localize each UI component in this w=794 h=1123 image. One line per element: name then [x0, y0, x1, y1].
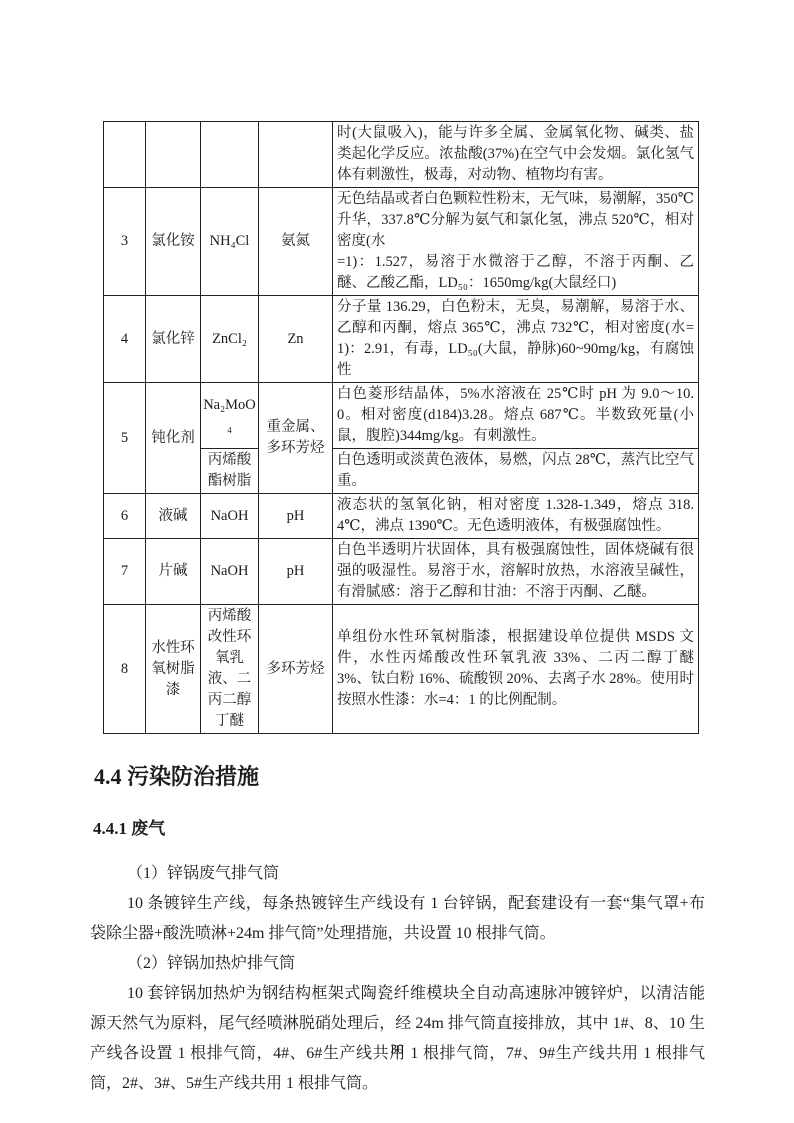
- paragraph-2-body: 10 套锌锅加热炉为钢结构框架式陶瓷纤维模块全自动高速脉冲镀锌炉，以清洁能源天然…: [90, 979, 705, 1099]
- cell-formula: 丙烯酸酯树脂: [201, 449, 259, 494]
- cell-formula: 丙烯酸改性环氧乳液、二丙二醇丁醚: [201, 605, 259, 734]
- table-row-4: 4 氯化锌 ZnCl₂ Zn 分子量 136.29，白色粉末，无臭，易潮解，易溶…: [104, 296, 699, 383]
- cell-pollutant: pH: [259, 539, 333, 605]
- cell-no-empty: [104, 122, 146, 188]
- paragraph-2-title: （2）锌锅加热炉排气筒: [90, 949, 705, 979]
- cell-no: 7: [104, 539, 146, 605]
- cell-no: 8: [104, 605, 146, 734]
- cell-pollutant: 氨氮: [259, 188, 333, 296]
- cell-name: 氯化铵: [146, 188, 201, 296]
- cell-description: 时(大鼠吸入)，能与许多全属、金属氧化物、碱类、盐类起化学反应。浓盐酸(37%)…: [333, 122, 699, 188]
- cell-name: 液碱: [146, 494, 201, 539]
- table-row-8: 8 水性环氧树脂漆 丙烯酸改性环氧乳液、二丙二醇丁醚 多环芳烃 单组份水性环氧树…: [104, 605, 699, 734]
- table-row-continuation: 时(大鼠吸入)，能与许多全属、金属氧化物、碱类、盐类起化学反应。浓盐酸(37%)…: [104, 122, 699, 188]
- cell-name: 钝化剂: [146, 383, 201, 494]
- cell-formula: NaOH: [201, 539, 259, 605]
- cell-no: 3: [104, 188, 146, 296]
- paragraph-1-body: 10 条镀锌生产线，每条热镀锌生产线设有 1 台锌锅，配套建设有一套“集气罩+布…: [90, 889, 705, 949]
- table-row-5a: 5 钝化剂 Na₂MoO₄ 重金属、多环芳烃 白色菱形结晶体，5%水溶液在 25…: [104, 383, 699, 449]
- document-page: 时(大鼠吸入)，能与许多全属、金属氧化物、碱类、盐类起化学反应。浓盐酸(37%)…: [0, 0, 794, 1123]
- cell-formula-empty: [201, 122, 259, 188]
- cell-formula: NH₄Cl: [201, 188, 259, 296]
- cell-description: 无色结晶或者白色颗粒性粉末，无气味，易潮解，350℃升华，337.8℃分解为氨气…: [333, 188, 699, 296]
- cell-no: 6: [104, 494, 146, 539]
- chemical-properties-table: 时(大鼠吸入)，能与许多全属、金属氧化物、碱类、盐类起化学反应。浓盐酸(37%)…: [103, 121, 699, 734]
- cell-pollutant: 多环芳烃: [259, 605, 333, 734]
- page-content: 时(大鼠吸入)，能与许多全属、金属氧化物、碱类、盐类起化学反应。浓盐酸(37%)…: [0, 0, 794, 1099]
- cell-name: 片碱: [146, 539, 201, 605]
- cell-formula: NaOH: [201, 494, 259, 539]
- cell-description: 单组份水性环氧树脂漆，根据建设单位提供 MSDS 文件，水性丙烯酸改性环氧乳液 …: [333, 605, 699, 734]
- table-row-6: 6 液碱 NaOH pH 液态状的氢氧化钠，相对密度 1.328-1.349，熔…: [104, 494, 699, 539]
- page-number: 30: [0, 1041, 794, 1057]
- paragraph-1-title: （1）锌锅废气排气筒: [90, 859, 705, 889]
- cell-name: 水性环氧树脂漆: [146, 605, 201, 734]
- cell-pollutant-empty: [259, 122, 333, 188]
- section-heading-4-4-1: 4.4.1 废气: [93, 819, 705, 839]
- cell-description: 白色半透明片状固体，具有极强腐蚀性，固体烧碱有很强的吸湿性。易溶于水，溶解时放热…: [333, 539, 699, 605]
- cell-pollutant: 重金属、多环芳烃: [259, 383, 333, 494]
- cell-name-empty: [146, 122, 201, 188]
- cell-description: 白色菱形结晶体，5%水溶液在 25℃时 pH 为 9.0～10.0。相对密度(d…: [333, 383, 699, 449]
- cell-description: 分子量 136.29，白色粉末，无臭，易潮解，易溶于水、乙醇和丙酮，熔点 365…: [333, 296, 699, 383]
- cell-description: 液态状的氢氧化钠，相对密度 1.328-1.349，熔点 318.4℃，沸点 1…: [333, 494, 699, 539]
- cell-name: 氯化锌: [146, 296, 201, 383]
- cell-formula: ZnCl₂: [201, 296, 259, 383]
- cell-no: 4: [104, 296, 146, 383]
- cell-pollutant: Zn: [259, 296, 333, 383]
- cell-no: 5: [104, 383, 146, 494]
- table-row-7: 7 片碱 NaOH pH 白色半透明片状固体，具有极强腐蚀性，固体烧碱有很强的吸…: [104, 539, 699, 605]
- cell-pollutant: pH: [259, 494, 333, 539]
- cell-formula: Na₂MoO₄: [201, 383, 259, 449]
- cell-description: 白色透明或淡黄色液体，易燃，闪点 28℃，蒸汽比空气重。: [333, 449, 699, 494]
- section-heading-4-4: 4.4 污染防治措施: [94, 764, 705, 790]
- table-row-3: 3 氯化铵 NH₄Cl 氨氮 无色结晶或者白色颗粒性粉末，无气味，易潮解，350…: [104, 188, 699, 296]
